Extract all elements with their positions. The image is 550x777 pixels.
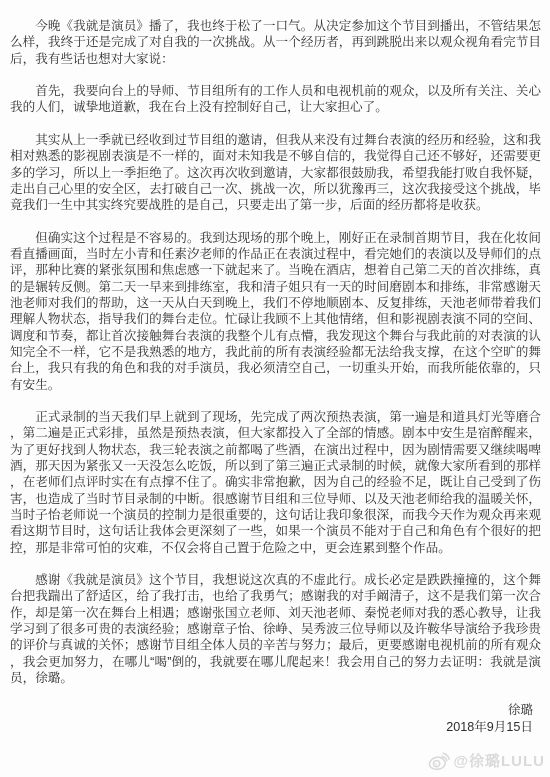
letter-paragraph: 今晚《我就是演员》播了，我也终于松了一口气。从决定参加这个节目到播出，不管结果怎…: [10, 18, 541, 67]
letter-paragraph: 但确实这个过程是不容易的。我到达现场的那个晚上，刚好正在录制首期节目，我在化妆间…: [10, 230, 541, 393]
letter-paragraph: 正式录制的当天我们早上就到了现场，先完成了两次预热表演，第一遍是和道具灯光等磨合…: [10, 409, 541, 556]
watermark-handle: @徐璐LULU: [453, 754, 545, 769]
signature-name: 徐璐: [10, 702, 533, 718]
letter-paragraph: 其实从上一季就已经收到过节目组的邀请，但我从来没有过舞台表演的经历和经验，这和我…: [10, 132, 541, 213]
watermark: @徐璐LULU: [428, 752, 545, 771]
letter-page: 今晚《我就是演员》播了，我也终于松了一口气。从决定参加这个节目到播出，不管结果怎…: [0, 0, 550, 777]
weibo-logo-icon: [428, 752, 450, 771]
signature-block: 徐璐 2018年9月15日: [10, 702, 541, 735]
letter-paragraph: 感谢《我就是演员》这个节目，我想说这次真的不虚此行。成长必定是跌跌撞撞的，这个舞…: [10, 572, 541, 686]
letter-body: 今晚《我就是演员》播了，我也终于松了一口气。从决定参加这个节目到播出，不管结果怎…: [10, 18, 541, 686]
signature-date: 2018年9月15日: [10, 719, 533, 735]
letter-paragraph: 首先，我要向台上的导师、节目组所有的工作人员和电视机前的观众，以及所有关注、关心…: [10, 83, 541, 116]
